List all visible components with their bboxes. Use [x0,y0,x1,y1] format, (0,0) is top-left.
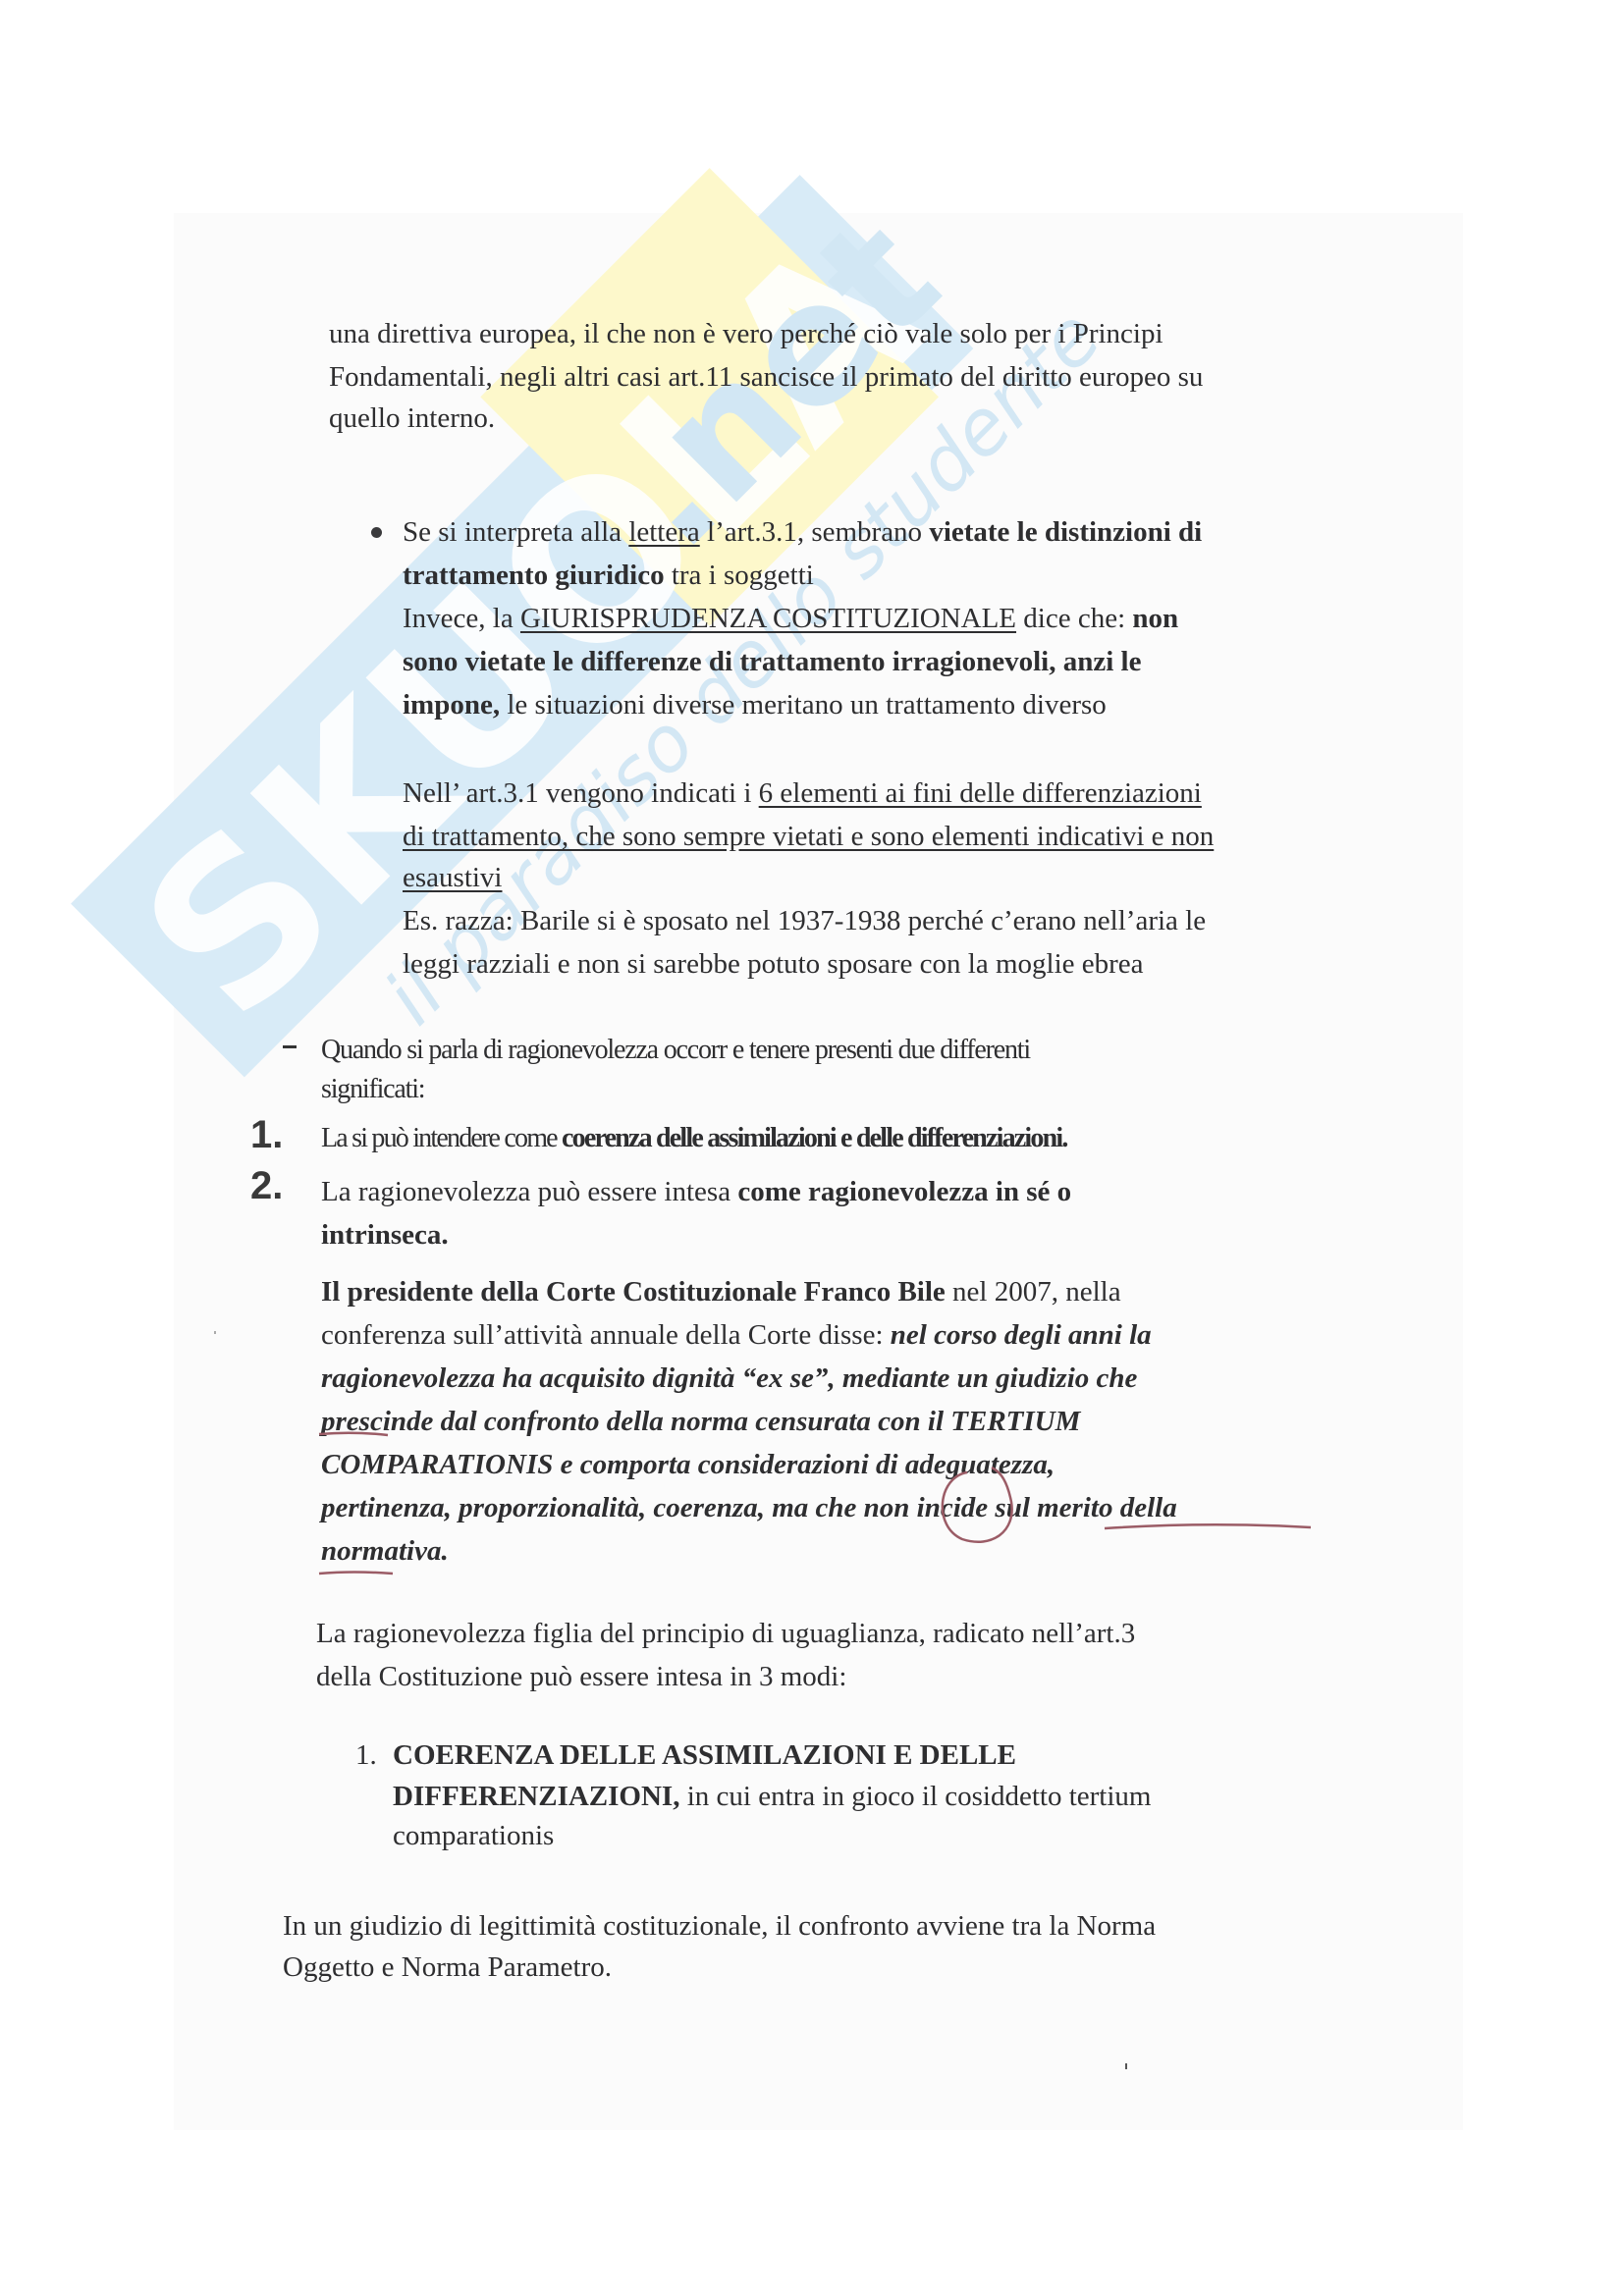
underlined-giurisprudenza: GIURISPRUDENZA COSTITUZIONALE [520,603,1016,634]
scan-speck [214,1331,216,1334]
quote-line-7: normativa. [321,1529,449,1573]
scan-speck [1125,2063,1127,2069]
dash-icon [283,1045,297,1048]
bullet-icon [371,527,382,538]
underlined-lettera: lettera [628,516,699,548]
mode-1-number: 1. [355,1734,377,1777]
closing-line-2: Oggetto e Norma Parametro. [283,1946,612,1989]
quote-line-4: prescinde dal confronto della norma cens… [321,1400,1080,1443]
bullet-line-5: impone, le situazioni diverse meritano u… [403,683,1107,726]
number-1: 1. [250,1113,283,1157]
number-2: 2. [250,1164,283,1208]
example-line-2: leggi razziali e non si sarebbe potuto s… [403,942,1144,986]
ragionevolezza-line-2: della Costituzione può essere intesa in … [316,1655,846,1698]
intro-line-3: quello interno. [329,397,495,440]
mode-1-line-3: comparationis [393,1814,554,1857]
elements-line-3: esaustivi [403,856,503,899]
closing-line-1: In un giudizio di legittimità costituzio… [283,1904,1156,1948]
quote-line-6: pertinenza, proporzionalità, coerenza, m… [321,1486,1177,1529]
quote-line-3: ragionevolezza ha acquisito dignità “ex … [321,1357,1137,1400]
dash-item-line-2: significati: [321,1068,424,1111]
quote-line-5: COMPARATIONIS e comporta considerazioni … [321,1443,1055,1486]
intro-line-1: una direttiva europea, il che non è vero… [329,312,1163,355]
quote-line-1: Il presidente della Corte Costituzionale… [321,1270,1121,1313]
elements-line-2: di trattamento, che sono sempre vietati … [403,815,1214,858]
bullet-line-4: sono vietate le differenze di trattament… [403,640,1141,683]
intro-line-2: Fondamentali, negli altri casi art.11 sa… [329,355,1203,399]
circled-non: non [864,1492,910,1523]
example-line-1: Es. razza: Barile si è sposato nel 1937-… [403,899,1206,942]
numbered-item-2-line-2: intrinseca. [321,1213,449,1256]
bullet-line-2: trattamento giuridico tra i soggetti [403,554,814,597]
bullet-line-1: Se si interpreta alla lettera l’art.3.1,… [403,510,1202,554]
mode-1-line-2: DIFFERENZIAZIONI, in cui entra in gioco … [393,1775,1151,1818]
quote-line-2: conferenza sull’attività annuale della C… [321,1313,1152,1357]
numbered-item-1: La si può intendere come coerenza delle … [321,1117,1067,1160]
numbered-item-2-line-1: La ragionevolezza può essere intesa come… [321,1170,1071,1213]
mode-1-line-1: COERENZA DELLE ASSIMILAZIONI E DELLE [393,1734,1016,1777]
dash-item-line-1: Quando si parla di ragionevolezza occorr… [321,1029,1030,1072]
bullet-line-3: Invece, la GIURISPRUDENZA COSTITUZIONALE… [403,597,1178,640]
ragionevolezza-line-1: La ragionevolezza figlia del principio d… [316,1612,1135,1655]
elements-line-1: Nell’ art.3.1 vengono indicati i 6 eleme… [403,772,1202,815]
